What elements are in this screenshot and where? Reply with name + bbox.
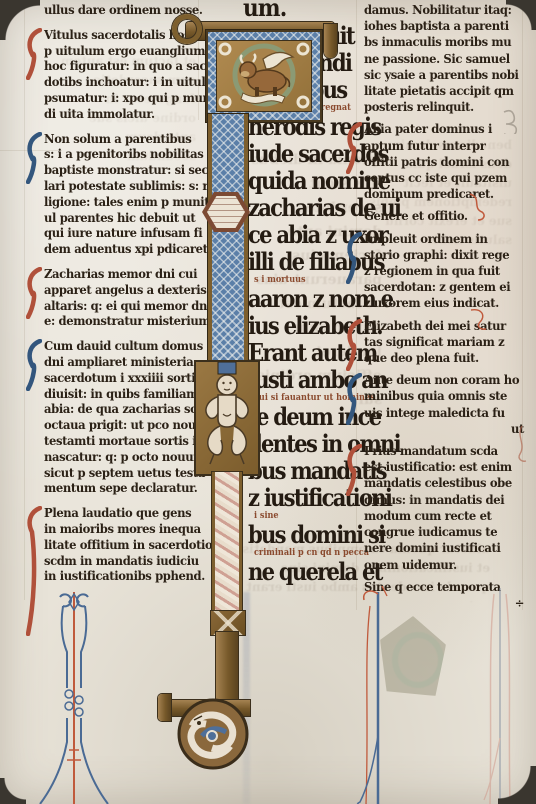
text-line: dominum predicaret. <box>364 186 514 202</box>
photo-corner <box>0 778 26 804</box>
text-line: e: demonstratur misterium. <box>44 313 193 329</box>
text-line: ullus dare ordinem nosse. <box>44 2 193 18</box>
text-line: diuisit: in quibs familiam <box>44 386 193 402</box>
text-line: Impleuit ordinem in <box>364 231 514 247</box>
penwork-flourish-center <box>348 586 394 804</box>
ruling-line <box>24 0 25 600</box>
text-line: ligione: tales enim p muniti <box>44 194 193 210</box>
initial-foot-tab <box>158 694 171 721</box>
text-line: ne passione. Sic samuel <box>364 51 514 67</box>
text-line: minibus quia omnis ste <box>364 388 514 404</box>
gloss-paragraph: Impleuit ordinem instorio graphi: dixit … <box>364 231 524 312</box>
text-line: onem uidemur. <box>364 557 514 573</box>
text-line: in iustificationibs pphend. <box>44 568 193 584</box>
text-line: abia: de qua zacharias sors <box>44 401 193 417</box>
text-line: damus. Nobilitatur itaq: <box>364 2 514 18</box>
text-line: z uxorem eius indicat. <box>364 295 514 311</box>
text-line: Genere et offitio. <box>364 208 514 224</box>
text-line: est iustificatio: est enim <box>364 459 514 475</box>
text-line: in maioribs mores inequa <box>44 521 193 537</box>
text-line: ul parentes hic debuit ut <box>44 210 193 226</box>
text-line: Ante deum non coram ho <box>364 372 514 388</box>
text-line: modum cum recte et <box>364 508 514 524</box>
text-line: congrue iudicamus te <box>364 524 514 540</box>
text-line: litate offitium in sacerdotio <box>44 537 193 553</box>
initial-bar-curl <box>172 14 202 44</box>
penwork-flourish-right <box>478 588 518 804</box>
text-line: iohes baptista a parenti <box>364 18 514 34</box>
initial-shaft-rope-segment <box>212 472 242 612</box>
text-line: p uitulum ergo euanglium <box>44 43 193 59</box>
text-line: psumatur: i: xpo qui p mun <box>44 90 193 106</box>
main-text-line: aaron z nom e <box>248 285 380 312</box>
text-line: mandatis celestibus obe <box>364 475 514 491</box>
text-line: s: i a pgenitoribs nobilitas <box>44 146 193 162</box>
paraph-mark-blue <box>346 373 362 425</box>
parchment-page: quonia in diebus illis sicut sacerdotes … <box>0 0 536 804</box>
text-line: tas significat mariam z <box>364 334 514 350</box>
gloss-paragraph: Cum dauid cultum domusdni ampliaret mini… <box>44 338 202 496</box>
initial-shaft-lower <box>216 632 238 704</box>
text-line: Zacharias memor dni cui <box>44 266 193 282</box>
text-line: ut <box>374 421 524 437</box>
text-line: posteris relinquit. <box>364 99 514 115</box>
bleed-through-ornament <box>380 616 446 696</box>
running-header-fragment: um. <box>243 0 286 22</box>
text-line: nascatur: q: p octo nouum <box>44 449 193 465</box>
gloss-paragraph: Ante deum non coram hominibus quia omnis… <box>364 372 524 437</box>
text-line: storio graphi: dixit rege <box>364 247 514 263</box>
text-line: sacerdotum i xxxiiii sortibs <box>44 370 193 386</box>
text-line: bs inmaculis moribs mu <box>364 34 514 50</box>
text-line: Non solum a parentibus <box>44 131 193 147</box>
text-line: sacerdotan: z gentem ei <box>364 279 514 295</box>
gloss-paragraph: Sine q ecce temporata÷ <box>364 579 524 611</box>
text-line: z regionem in qua fuit <box>364 263 514 279</box>
climbing-figure-illustration <box>196 362 258 474</box>
text-line: Sine q ecce temporata <box>364 579 514 595</box>
text-line: dem aduentus xpi pdicaret <box>44 241 193 257</box>
paraph-mark-red <box>26 267 42 319</box>
text-line: aptum futur interpr <box>364 138 514 154</box>
initial-square-field <box>217 41 311 111</box>
text-line: baptiste monstratur: si secu <box>44 162 193 178</box>
text-line: altaris: q: ei qui memor dni <box>44 298 193 314</box>
paraph-mark-red <box>26 28 42 80</box>
text-line: nere domini iustificati <box>364 540 514 556</box>
initial-figure-panel <box>194 360 260 476</box>
text-line: ÷ <box>374 595 524 611</box>
initial-shaft-upper <box>208 114 248 366</box>
gloss-column-left: ullus dare ordinem nosse.Vitulus sacerdo… <box>44 2 202 593</box>
paraph-mark-red <box>346 444 362 496</box>
gloss-column-right: damus. Nobilitatur itaq:iohes baptista a… <box>364 2 524 617</box>
initial-foot-bar <box>166 700 250 716</box>
text-line: dimus: in mandatis dei <box>364 492 514 508</box>
paraph-mark-blue <box>26 339 42 391</box>
text-line: octaua prigit: ut pco noui <box>44 417 193 433</box>
text-line: offitii patris domini con <box>364 154 514 170</box>
text-line: Prius mandatum scda <box>364 443 514 459</box>
text-line: testamti mortaue sortis iure <box>44 433 193 449</box>
gloss-paragraph: damus. Nobilitatur itaq:iohes baptista a… <box>364 2 524 115</box>
main-text-line: bus domini si <box>248 521 380 548</box>
text-line: sic ysaie a parentibs nobi <box>364 67 514 83</box>
text-line: Vitulus sacerdotalis hostia. <box>44 27 193 43</box>
text-line: scdm in mandatis iudiciu <box>44 553 193 569</box>
text-line: di uita immolatur. <box>44 106 193 122</box>
initial-square-frame <box>206 30 322 122</box>
initial-bar-hook <box>324 24 337 58</box>
text-line: qui iure nature infusam fi <box>44 225 193 241</box>
text-line: dotibs inchoatur: i in uitulo <box>44 74 193 90</box>
text-line: Elizabeth dei mei satur <box>364 318 514 334</box>
text-line: Abia pater dominus i <box>364 121 514 137</box>
gloss-paragraph: Abia pater dominus iaptum futur interpro… <box>364 121 524 202</box>
text-line: Plena laudatio que gens <box>44 505 193 521</box>
winged-ox-illustration <box>217 41 311 111</box>
penwork-flourish-left <box>36 592 112 804</box>
paraph-mark-blue <box>346 232 362 284</box>
text-line: litate pietatis accipit qm <box>364 83 514 99</box>
paraph-mark-red <box>346 319 362 371</box>
paraph-mark-blue <box>26 132 42 184</box>
text-line: que deo plena fuit. <box>364 350 514 366</box>
main-text-line: zacharias de ui <box>248 194 380 221</box>
bleed-through-ornament-ring <box>392 632 444 688</box>
paraph-mark-red <box>346 122 362 174</box>
text-line: dni ampliaret ministeria <box>44 354 193 370</box>
gloss-paragraph: Non solum a parentibuss: i a pgenitoribs… <box>44 131 202 257</box>
text-line: uis intege maledicta fu <box>364 405 514 421</box>
gloss-paragraph: Prius mandatum scdaest iustificatio: est… <box>364 443 524 573</box>
gloss-paragraph: Plena laudatio que gensin maioribs mores… <box>44 505 202 584</box>
paraph-mark-red <box>26 506 42 636</box>
text-line: hoc figuratur: in quo a sacer <box>44 58 193 74</box>
gloss-paragraph: Zacharias memor dni cuiapparet angelus a… <box>44 266 202 329</box>
text-line: sicut p septem uetus testa <box>44 465 193 481</box>
photo-corner <box>498 766 536 804</box>
text-line: Cum dauid cultum domus <box>44 338 193 354</box>
text-line: apparet angelus a dexteris <box>44 282 193 298</box>
manuscript-photo: quonia in diebus illis sicut sacerdotes … <box>0 0 536 804</box>
gloss-paragraph: Elizabeth dei mei saturtas significat ma… <box>364 318 524 367</box>
gloss-paragraph: Genere et offitio. <box>364 208 524 224</box>
text-line: ceptus cc iste qui pzem <box>364 170 514 186</box>
text-line: mentum sepe declaratur. <box>44 480 193 496</box>
main-text-line: ne querela et <box>248 558 380 585</box>
text-line: lari potestate sublimis: s: re <box>44 178 193 194</box>
